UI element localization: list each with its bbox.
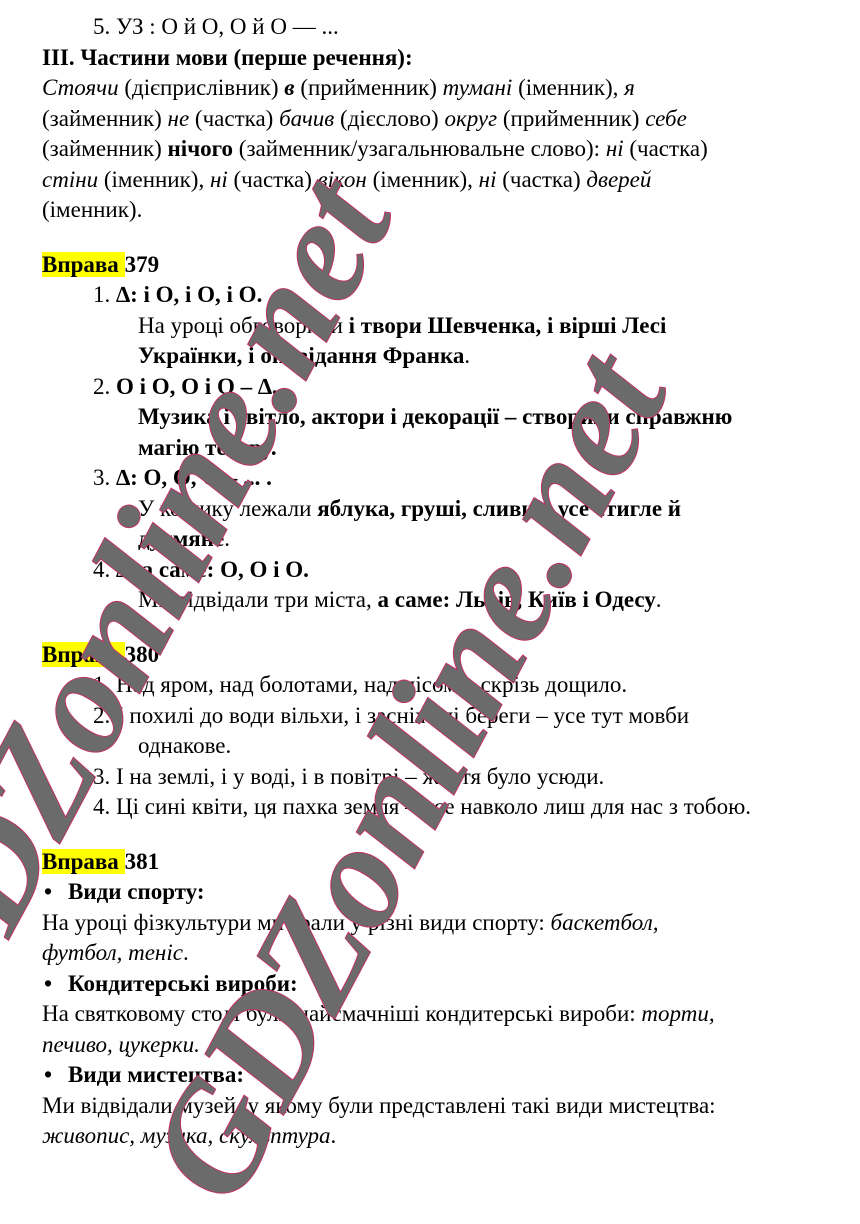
text-line: (займенник) не (частка) бачив (дієслово)…: [42, 104, 842, 135]
text-line: Стоячи (дієприслівник) в (прийменник) ту…: [42, 73, 842, 104]
bullet-icon: •: [42, 877, 68, 908]
list-item-line: 3. ∆: О, О, О – ... .: [42, 463, 842, 494]
text-run: (прийменник): [295, 75, 443, 100]
bullet-title: Кондитерські вироби:: [68, 971, 298, 996]
exercise-379-heading: Вправа 379: [42, 250, 842, 281]
intro-item-5: 5. УЗ : О й О, О й О — ...: [42, 12, 842, 43]
text-run: бачив: [279, 106, 334, 131]
text-run: Музика і світло, актори і декорації – ст…: [138, 404, 732, 429]
text-run: (частка): [228, 167, 318, 192]
list-item-line: Музика і світло, актори і декорації – ст…: [42, 402, 842, 433]
text-line: На святковому столі були найсмачніші кон…: [42, 999, 842, 1030]
text-run: ні: [606, 136, 624, 161]
text-run: в: [284, 75, 294, 100]
text-run: і твори Шевченка, і вірші Лесі: [349, 313, 667, 338]
text-run: торти,: [641, 1001, 714, 1026]
list-item-line: магію театру.: [42, 433, 842, 464]
bullet-icon: •: [42, 1060, 68, 1091]
text-run: вікон: [318, 167, 367, 192]
exercise-381-content: •Види спорту:На уроці фізкультури ми гра…: [42, 877, 842, 1152]
document-page: 5. УЗ : О й О, О й О — ... ІІІ. Частини …: [42, 12, 842, 1152]
text-run: а саме: Львів, Київ і Одесу: [377, 587, 655, 612]
text-run: На уроці обговорили: [138, 313, 349, 338]
text-run: духмяне: [138, 526, 224, 551]
text-line: На уроці фізкультури ми грали у різні ви…: [42, 908, 842, 939]
text-run: (дієприслівник): [119, 75, 285, 100]
bullet-title: Види спорту:: [68, 879, 205, 904]
text-run: 1. Над яром, над болотами, над лісом – с…: [93, 672, 627, 697]
text-run: (займенник): [42, 106, 168, 131]
bullet-icon: •: [42, 969, 68, 1000]
text-run: ∆: О, О, О – ... .: [116, 465, 272, 490]
exercise-number: 381: [125, 849, 160, 874]
text-run: Ми відвідали три міста,: [138, 587, 377, 612]
text-run: У кошику лежали: [138, 496, 317, 521]
list-item-line: 2. І похилі до води вільхи, і засніжені …: [42, 701, 842, 732]
exercise-label-highlight: Вправа: [42, 642, 125, 667]
text-line: (займенник) нічого (займенник/узагальнюв…: [42, 134, 842, 165]
text-run: .: [656, 587, 662, 612]
text-run: баскетбол,: [551, 910, 659, 935]
text-run: дверей: [586, 167, 651, 192]
bullet-heading: •Види спорту:: [42, 877, 842, 908]
exercise-number: 379: [125, 252, 160, 277]
list-item-line: однакове.: [42, 731, 842, 762]
text-run: не: [168, 106, 190, 131]
list-item-line: 4. ∆, а саме: О, О і О.: [42, 555, 842, 586]
text-run: нічого: [168, 136, 234, 161]
exercise-380-heading: Вправа 380: [42, 640, 842, 671]
list-item-line: 3. І на землі, і у воді, і в повітрі – ж…: [42, 762, 842, 793]
text-run: магію театру.: [138, 435, 277, 460]
list-item-line: Українки, і оповідання Франка.: [42, 341, 842, 372]
text-run: .: [464, 343, 470, 368]
text-run: Стоячи: [42, 75, 119, 100]
text-run: (частка): [624, 136, 708, 161]
list-item-line: 1. ∆: і О, і О, і О.: [42, 280, 842, 311]
text-run: (частка): [496, 167, 586, 192]
text-line: Ми відвідали музей, у якому були предста…: [42, 1091, 842, 1122]
list-item-line: 2. О і О, О і О – ∆.: [42, 372, 842, 403]
text-run: .: [331, 1123, 337, 1148]
text-run: 2.: [93, 374, 116, 399]
text-run: Українки, і оповідання Франка: [138, 343, 464, 368]
text-run: 4.: [93, 557, 116, 582]
text-run: На святковому столі були найсмачніші кон…: [42, 1001, 641, 1026]
text-run: ∆: і О, і О, і О.: [116, 282, 262, 307]
text-run: .: [183, 940, 189, 965]
text-run: 1.: [93, 282, 116, 307]
text-run: (іменник),: [512, 75, 624, 100]
parts-of-speech-block: Стоячи (дієприслівник) в (прийменник) ту…: [42, 73, 842, 226]
list-item-line: духмяне.: [42, 524, 842, 555]
list-item-line: Ми відвідали три міста, а саме: Львів, К…: [42, 585, 842, 616]
text-line: живопис, музика, скульптура.: [42, 1121, 842, 1152]
text-run: живопис, музика, скульптура: [42, 1123, 331, 1148]
text-run: .: [224, 526, 230, 551]
bullet-heading: •Кондитерські вироби:: [42, 969, 842, 1000]
exercise-label-highlight: Вправа: [42, 252, 125, 277]
text-run: яблука, груші, сливи – усе стигле й: [317, 496, 681, 521]
text-run: На уроці фізкультури ми грали у різні ви…: [42, 910, 551, 935]
text-run: (прийменник): [497, 106, 645, 131]
text-run: я: [624, 75, 635, 100]
list-item-line: 1. Над яром, над болотами, над лісом – с…: [42, 670, 842, 701]
text-run: однакове.: [138, 733, 231, 758]
text-run: (займенник/узагальнювальне слово):: [233, 136, 606, 161]
text-run: печиво, цукерки.: [42, 1032, 200, 1057]
section-3-title: ІІІ. Частини мови (перше речення):: [42, 43, 842, 74]
text-line: стіни (іменник), ні (частка) вікон (імен…: [42, 165, 842, 196]
text-line: печиво, цукерки.: [42, 1030, 842, 1061]
text-run: округ: [444, 106, 497, 131]
text-run: ні: [479, 167, 497, 192]
list-item-line: 4. Ці сині квіти, ця пахка земля – усе н…: [42, 792, 842, 823]
text-run: О і О, О і О – ∆.: [116, 374, 278, 399]
exercise-number: 380: [125, 642, 160, 667]
text-run: тумані: [443, 75, 513, 100]
text-line: (іменник).: [42, 195, 842, 226]
text-run: стіни: [42, 167, 98, 192]
text-run: 3.: [93, 465, 116, 490]
text-run: себе: [645, 106, 687, 131]
text-run: ∆, а саме: О, О і О.: [116, 557, 309, 582]
text-run: (дієслово): [334, 106, 444, 131]
list-item-line: На уроці обговорили і твори Шевченка, і …: [42, 311, 842, 342]
text-run: (іменник),: [98, 167, 210, 192]
text-run: ні: [210, 167, 228, 192]
text-run: Ми відвідали музей, у якому були предста…: [42, 1093, 716, 1118]
text-run: 4. Ці сині квіти, ця пахка земля – усе н…: [93, 794, 751, 819]
text-line: футбол, теніс.: [42, 938, 842, 969]
text-run: (іменник),: [367, 167, 479, 192]
bullet-title: Види мистецтва:: [68, 1062, 244, 1087]
text-run: (частка): [189, 106, 279, 131]
text-run: футбол, теніс: [42, 940, 183, 965]
exercise-380-content: 1. Над яром, над болотами, над лісом – с…: [42, 670, 842, 823]
exercise-379-content: 1. ∆: і О, і О, і О.На уроці обговорили …: [42, 280, 842, 616]
text-run: (займенник): [42, 136, 168, 161]
bullet-heading: •Види мистецтва:: [42, 1060, 842, 1091]
exercise-381-heading: Вправа 381: [42, 847, 842, 878]
text-run: 2. І похилі до води вільхи, і засніжені …: [93, 703, 689, 728]
text-run: 3. І на землі, і у воді, і в повітрі – ж…: [93, 764, 604, 789]
list-item-line: У кошику лежали яблука, груші, сливи – у…: [42, 494, 842, 525]
exercise-label-highlight: Вправа: [42, 849, 125, 874]
text-run: (іменник).: [42, 197, 142, 222]
